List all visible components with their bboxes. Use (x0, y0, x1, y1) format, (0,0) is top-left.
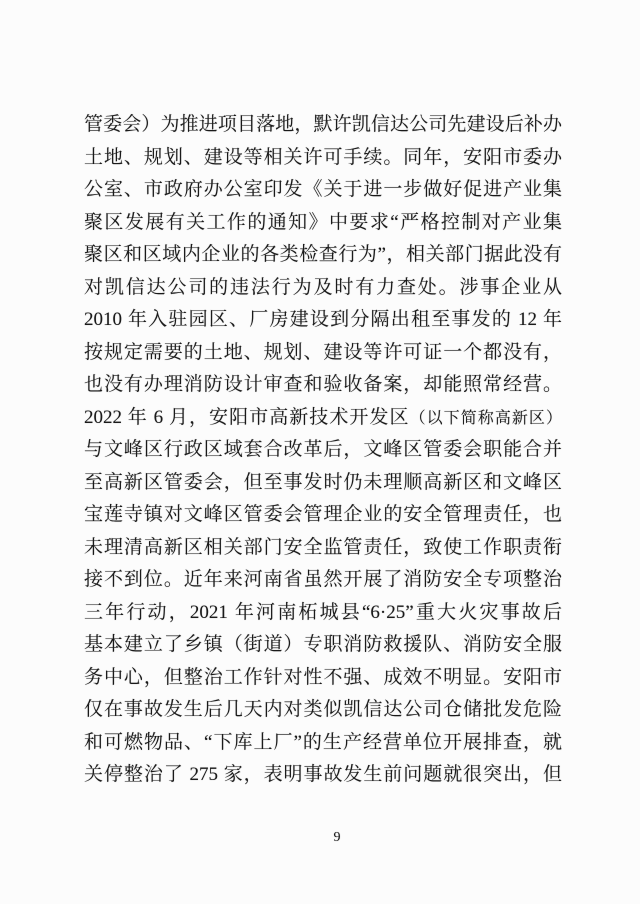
body-text: 土地、规划、建设等相关许可手续。同年，安阳市委办 (84, 147, 562, 168)
body-text: 基本建立了乡镇（街道）专职消防救援队、消防安全服 (84, 634, 562, 655)
body-text: 管委会）为推进项目落地，默许凯信达公司先建设后补办 (84, 114, 562, 135)
text-line: 聚区和区域内企业的各类检查行为”，相关部门据此没有 (84, 239, 562, 272)
body-text: 务中心，但整治工作针对性不强、成效不明显。安阳市 (84, 667, 562, 688)
text-line: 宝莲寺镇对文峰区管委会管理企业的安全管理责任，也 (84, 499, 562, 532)
text-line: 聚区发展有关工作的通知》中要求“严格控制对产业集 (84, 207, 562, 240)
text-line: 也没有办理消防设计审查和验收备案，却能照常经营。 (84, 369, 562, 402)
body-text: 三年行动，2021 年河南柘城县“6·25”重大火灾事故后 (84, 602, 562, 623)
body-text: 聚区和区域内企业的各类检查行为”，相关部门据此没有 (84, 244, 562, 265)
text-line: 至高新区管委会，但至事发时仍未理顺高新区和文峰区 (84, 467, 562, 500)
body-text: 对凯信达公司的违法行为及时有力查处。涉事企业从 (84, 277, 562, 298)
text-line: 接不到位。近年来河南省虽然开展了消防安全专项整治 (84, 564, 562, 597)
body-text: 接不到位。近年来河南省虽然开展了消防安全专项整治 (84, 569, 562, 590)
text-line: 未理清高新区相关部门安全监管责任，致使工作职责衔 (84, 532, 562, 565)
body-text: 仅在事故发生后几天内对类似凯信达公司仓储批发危险 (84, 699, 562, 720)
body-text: 未理清高新区相关部门安全监管责任，致使工作职责衔 (84, 537, 562, 558)
text-line: 2022 年 6 月，安阳市高新技术开发区（以下简称高新区） (84, 402, 562, 435)
body-text: 2022 年 6 月，安阳市高新技术开发区 (84, 407, 410, 428)
text-line: 关停整治了 275 家，表明事故发生前问题就很突出，但 (84, 759, 562, 792)
document-page: 管委会）为推进项目落地，默许凯信达公司先建设后补办土地、规划、建设等相关许可手续… (0, 0, 640, 904)
body-text: 公室、市政府办公室印发《关于进一步做好促进产业集 (84, 179, 562, 200)
body-text: 宝莲寺镇对文峰区管委会管理企业的安全管理责任，也 (84, 504, 562, 525)
text-line: 仅在事故发生后几天内对类似凯信达公司仓储批发危险 (84, 694, 562, 727)
text-line: 2010 年入驻园区、厂房建设到分隔出租至事发的 12 年来， (84, 304, 562, 337)
body-text: 按规定需要的土地、规划、建设等许可证一个都没有， (84, 342, 562, 363)
text-line: 和可燃物品、“下库上厂”的生产经营单位开展排查，就 (84, 727, 562, 760)
body-text: 2010 年入驻园区、厂房建设到分隔出租至事发的 12 年来， (84, 309, 562, 337)
body-text: 也没有办理消防设计审查和验收备案，却能照常经营。 (84, 374, 562, 395)
body-text: 聚区发展有关工作的通知》中要求“严格控制对产业集 (84, 212, 562, 233)
document-body: 管委会）为推进项目落地，默许凯信达公司先建设后补办土地、规划、建设等相关许可手续… (84, 109, 562, 792)
text-line: 公室、市政府办公室印发《关于进一步做好促进产业集 (84, 174, 562, 207)
text-line: 管委会）为推进项目落地，默许凯信达公司先建设后补办 (84, 109, 562, 142)
body-text: 和可燃物品、“下库上厂”的生产经营单位开展排查，就 (84, 732, 562, 753)
body-text: 关停整治了 275 家，表明事故发生前问题就很突出，但 (84, 764, 562, 785)
body-text: 至高新区管委会，但至事发时仍未理顺高新区和文峰区 (84, 472, 562, 493)
text-line: 土地、规划、建设等相关许可手续。同年，安阳市委办 (84, 142, 562, 175)
text-line: 对凯信达公司的违法行为及时有力查处。涉事企业从 (84, 272, 562, 305)
text-line: 务中心，但整治工作针对性不强、成效不明显。安阳市 (84, 662, 562, 695)
page-number: 9 (17, 828, 640, 848)
text-line: 按规定需要的土地、规划、建设等许可证一个都没有， (84, 337, 562, 370)
text-line: 基本建立了乡镇（街道）专职消防救援队、消防安全服 (84, 629, 562, 662)
text-line: 与文峰区行政区域套合改革后，文峰区管委会职能合并 (84, 434, 562, 467)
text-line: 三年行动，2021 年河南柘城县“6·25”重大火灾事故后 (84, 597, 562, 630)
annotation-text: （以下简称高新区） (410, 410, 562, 427)
body-text: 与文峰区行政区域套合改革后，文峰区管委会职能合并 (84, 439, 562, 460)
